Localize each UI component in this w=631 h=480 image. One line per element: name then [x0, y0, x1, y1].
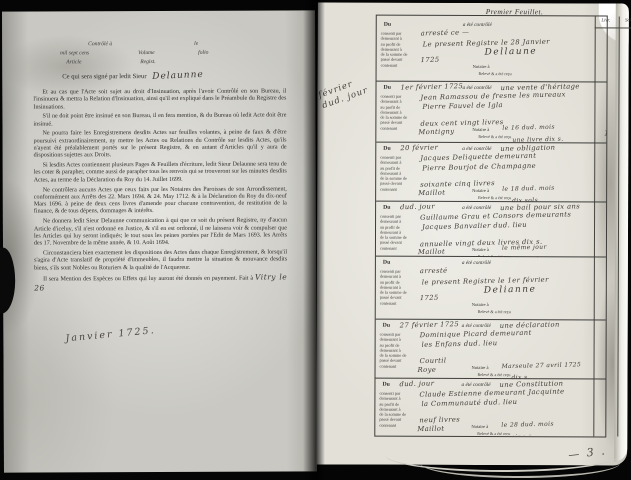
register-entry: Du 20 février a été contrôlé une obligat… — [376, 142, 606, 203]
party2-handwritten: Pierre Fauvel de Igla — [422, 101, 503, 111]
date-signature-handwritten: Janvier 1725. — [65, 325, 156, 344]
du-label: Du — [382, 382, 389, 388]
controle-label: a été contrôlé — [462, 85, 491, 91]
register-entry: Du 1er février 1725 a été contrôlé une v… — [376, 81, 606, 144]
du-label: Du — [383, 323, 390, 329]
du-label: Du — [383, 146, 390, 152]
left-page-paragraphs: Et au cas que l'Acte soit sujet au droit… — [33, 88, 287, 296]
party2-handwritten: les Enfans dud. lieu — [422, 339, 498, 349]
printed-paragraph: Ne pourra faire les Enregistremens desdi… — [34, 130, 287, 160]
entry-side-labels: consenti pardemeurant àau profit dedemeu… — [380, 269, 424, 306]
notaire-label: Notaire à — [471, 424, 488, 429]
register-entry: Du a été contrôlé consenti pardemeurant … — [376, 256, 606, 321]
controle-label: a été contrôlé — [462, 323, 491, 329]
register-form: Livr. Sols. Den. Du a été contrôlé conse… — [374, 15, 607, 438]
volume-label: Volume — [138, 50, 154, 56]
register-entry: Du 27 février 1725 a été contrôlé une dé… — [375, 319, 605, 380]
entry-date-handwritten: 1er février 1725 — [400, 82, 463, 91]
signed-line: Ce qui sera signé par ledit SieurDelaunn… — [62, 70, 302, 81]
controle-label: a été contrôlé — [462, 260, 491, 266]
releve-label: Relevé & a été reçu — [479, 71, 512, 76]
entry-date-handwritten: dud. jour — [400, 202, 435, 211]
entry-side-labels: consenti pardemeurant àau profit dedemeu… — [380, 332, 424, 369]
notary-name-handwritten: Maillot — [418, 189, 445, 198]
notaire-label: Notaire à — [473, 64, 490, 69]
le-label: le — [194, 41, 198, 47]
form-side-label: contenant — [381, 62, 425, 67]
fait-a-paragraph: Il sera Mention des Espèces ou Effets qu… — [34, 274, 287, 294]
notaire-label: Notaire à — [472, 127, 489, 132]
party1-handwritten: Dominique Picard demeurant — [420, 329, 532, 340]
page-stack-edge — [420, 448, 620, 478]
notaire-label: Notaire à — [472, 188, 489, 193]
releve-label: Relevé & a été reçu — [477, 431, 510, 435]
book-gutter-shadow — [303, 0, 325, 480]
printed-paragraph: Circonstanciera bien exactement les disp… — [34, 249, 287, 272]
notaire-label: Notaire à — [472, 247, 489, 252]
du-label: Du — [383, 85, 390, 91]
party1-handwritten: arresté — [420, 267, 448, 276]
entry-date-handwritten: dud. jour — [399, 379, 434, 388]
regist-label: Regist. — [140, 59, 155, 65]
party2-handwritten: Jacques Banvalier dud. lieu — [422, 221, 527, 231]
party2-handwritten: Pierre Bourjot de Champagne — [422, 162, 536, 173]
controle-label: a été contrôlé — [462, 205, 491, 211]
scanned-register-spread: Contrôlé à mil sept cens Article Volume … — [0, 0, 631, 480]
somme-handwritten: deux cent vingt livres — [420, 118, 503, 128]
fait-place-handwritten: Vitry le 26 — [34, 273, 287, 292]
entry-date-handwritten: 27 février 1725 — [400, 320, 460, 329]
releve-label: Relevé & a été reçu — [478, 195, 511, 200]
notary-name-handwritten: Montigny — [418, 127, 454, 136]
controle-a-label: Contrôlé à — [88, 41, 112, 47]
notary-name-handwritten: Maillot — [417, 425, 444, 434]
somme-handwritten: neuf livres — [419, 415, 460, 424]
register-entry: Du dud. jour a été contrôlé une Constitu… — [375, 378, 605, 436]
releve-label: Relevé & a été reçu — [478, 134, 511, 139]
releve-label: Relevé & a été reçu — [478, 309, 511, 314]
entry-side-labels: consenti pardemeurant àau profit dedemeu… — [380, 94, 424, 131]
party1-handwritten: arresté ce — — [421, 28, 470, 37]
notary-place-handwritten: le 28 dud. mois — [501, 421, 554, 429]
controle-label: a été contrôlé — [463, 22, 492, 28]
signed-line-printed: Ce qui sera signé par ledit Sieur — [62, 73, 146, 80]
du-label: Du — [384, 22, 391, 28]
somme-handwritten: Courtil — [419, 357, 446, 366]
signed-name-handwritten: Delaunne — [152, 70, 204, 82]
entry-side-labels: consenti pardemeurant àau profit dedemeu… — [381, 31, 425, 68]
controller-signature-handwritten: Dellaune — [485, 47, 538, 58]
controle-header: Contrôlé à mil sept cens Article Volume … — [52, 39, 237, 70]
register-entry: Du dud. jour a été contrôlé une bail pou… — [376, 201, 606, 258]
somme-handwritten: 1725 — [420, 294, 439, 302]
somme-handwritten: 1725 — [421, 56, 440, 64]
folio-label: folio — [198, 50, 208, 56]
left-page: Contrôlé à mil sept cens Article Volume … — [2, 10, 317, 472]
notary-place-handwritten: Marseule 27 avril 1725 — [501, 361, 581, 370]
printed-paragraph: Ne donnera ledit Sieur Delaunne communic… — [34, 218, 287, 248]
article-label: Article — [66, 59, 81, 65]
fee-col-sols: Sols. — [618, 19, 631, 24]
notary-place-handwritten: le 16 dud. mois — [502, 124, 555, 132]
notaire-label: Notaire à — [472, 365, 489, 370]
notary-name-handwritten: Roye — [417, 366, 436, 374]
party1-handwritten: Jean Ramassou de fresne les mureaux — [420, 90, 565, 101]
controle-label: a été contrôlé — [462, 146, 491, 152]
printed-paragraph: Si lesdits Actes contiennent plusieurs P… — [34, 162, 287, 185]
notary-place-handwritten: le même jour — [502, 244, 547, 252]
party1-handwritten: Guillaume Grau et Consors demeurants — [420, 210, 571, 221]
party2-handwritten: la Communauté dud. lieu — [421, 398, 517, 408]
entry-side-labels: consenti pardemeurant àau profit dedemeu… — [380, 214, 424, 251]
du-label: Du — [383, 205, 390, 211]
printed-paragraph: Et au cas que l'Acte soit sujet au droit… — [33, 88, 286, 111]
page-edge — [614, 3, 629, 461]
controller-signature-handwritten: Delianne — [484, 285, 537, 296]
controle-label: a été contrôlé — [461, 382, 490, 388]
notaire-label: Notaire à — [472, 302, 489, 307]
form-side-label: contenant — [380, 300, 424, 305]
register-entry: Du a été contrôlé consenti pardemeurant … — [377, 19, 607, 82]
releve-label: Relevé & a été reçu — [478, 372, 511, 377]
page-tear — [0, 248, 15, 314]
right-page: Premier Feuillet. février dud. jour Livr… — [316, 2, 629, 465]
fee-text-handwritten: cinq s. — [511, 433, 534, 436]
entry-date-handwritten: 20 février — [400, 143, 438, 152]
entries-container: Du a été contrôlé consenti pardemeurant … — [377, 16, 607, 17]
notary-place-handwritten: le 18 dud. mois — [502, 185, 555, 193]
entry-side-labels: consenti pardemeurant àau profit dedemeu… — [380, 155, 424, 192]
printed-paragraph: S'il ne doit point être insinué en son B… — [33, 113, 286, 129]
du-label: Du — [383, 260, 390, 266]
party1-handwritten: Jacques Deliquette demeurant — [420, 152, 536, 163]
fee-livres-value: 1 — [596, 128, 606, 137]
mil-sept-cens-label: mil sept cens — [60, 50, 89, 56]
marginal-note-handwritten: février dud. jour — [317, 75, 370, 112]
entry-side-labels: consenti pardemeurant àau profit dedemeu… — [379, 391, 423, 428]
printed-paragraph: Ne contrôlera aucuns Actes que ceux fait… — [34, 186, 287, 216]
party1-handwritten: Claude Estienne demeurant Jacquinte — [419, 387, 564, 398]
